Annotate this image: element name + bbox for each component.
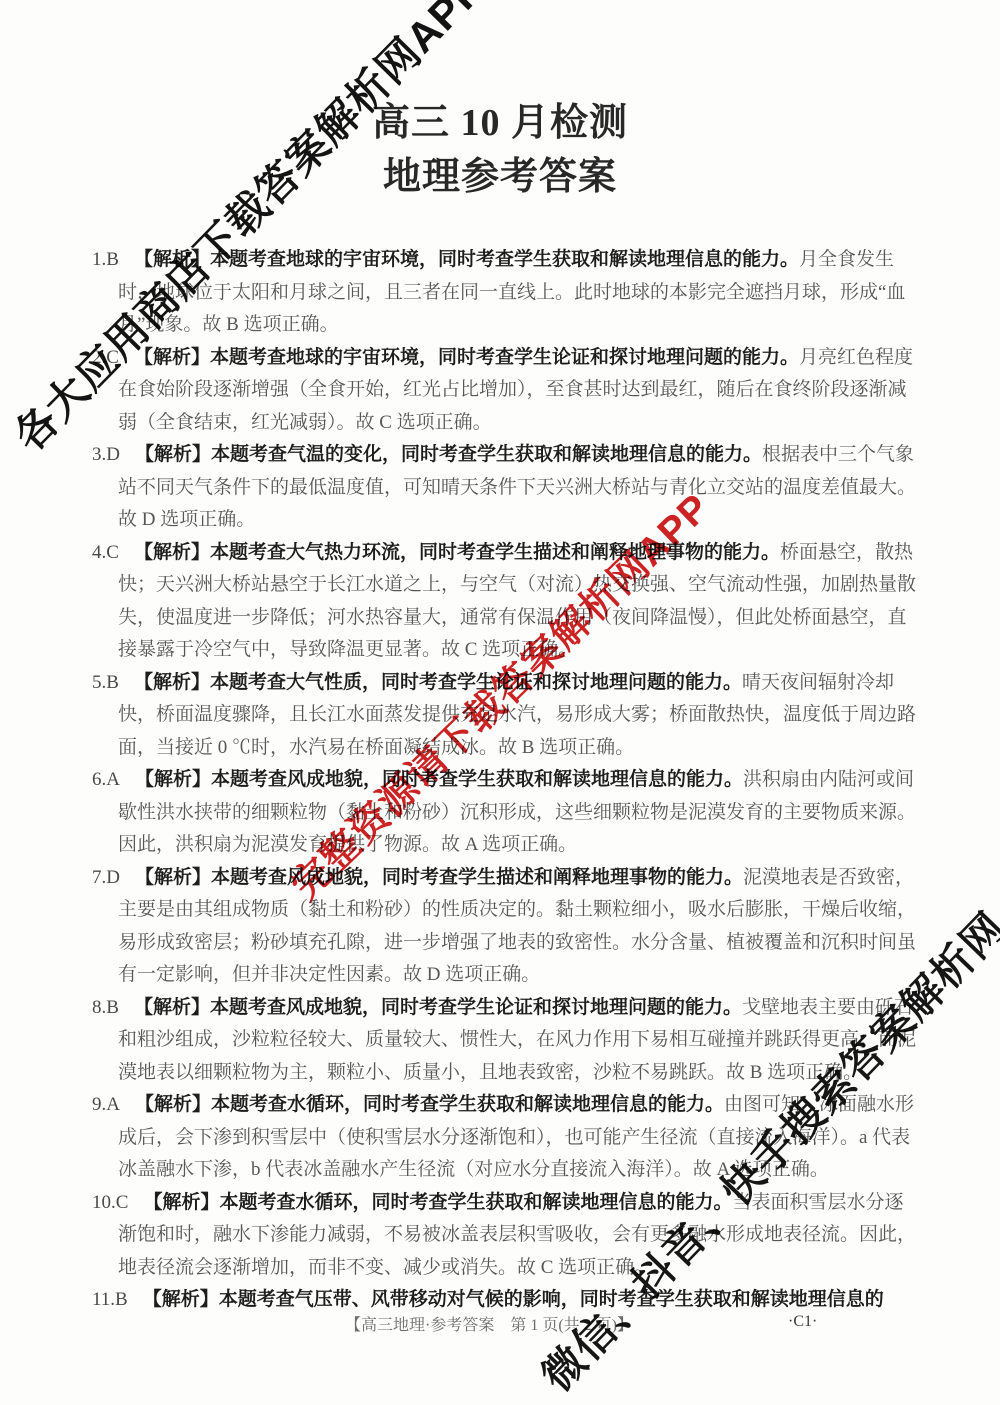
answer-number: 4.C (92, 542, 119, 563)
explanation-lead: 【解析】本题考查大气热力环流，同时考查学生描述和阐释地理事物的能力。 (134, 542, 780, 563)
answer-item-4: 4.C【解析】本题考查大气热力环流，同时考查学生描述和阐释地理事物的能力。桥面悬… (92, 537, 922, 667)
answer-item-5: 5.B【解析】本题考查大气性质，同时考查学生论证和探讨地理问题的能力。晴天夜间辐… (92, 667, 922, 765)
answer-item-8: 8.B【解析】本题考查风成地貌，同时考查学生论证和探讨地理问题的能力。戈壁地表主… (92, 992, 922, 1090)
answer-item-7: 7.D【解析】本题考查风成地貌，同时考查学生描述和阐释地理事物的能力。泥漠地表是… (92, 862, 922, 992)
explanation-lead: 【解析】本题考查风成地貌，同时考查学生描述和阐释地理事物的能力。 (135, 867, 743, 888)
answer-list: 1.B【解析】本题考查地球的宇宙环境，同时考查学生获取和解读地理信息的能力。月全… (92, 244, 922, 1317)
paper-code: ·C1· (788, 1313, 817, 1331)
answer-number: 11.B (92, 1289, 128, 1310)
answer-number: 8.B (92, 997, 119, 1018)
answer-item-6: 6.A【解析】本题考查风成地貌，同时考查学生获取和解读地理信息的能力。洪积扇由内… (92, 764, 922, 862)
answer-number: 3.D (92, 444, 120, 465)
explanation-lead: 【解析】本题考查风成地貌，同时考查学生获取和解读地理信息的能力。 (135, 769, 743, 790)
explanation-lead: 【解析】本题考查地球的宇宙环境，同时考查学生获取和解读地理信息的能力。 (134, 249, 799, 270)
explanation-lead: 【解析】本题考查大气性质，同时考查学生论证和探讨地理问题的能力。 (134, 672, 742, 693)
answer-number: 6.A (92, 769, 120, 790)
page-footer: 【高三地理·参考答案 第 1 页(共 2 页)】 (345, 1312, 633, 1335)
document-title: 高三 10 月检测 地理参考答案 (0, 96, 1000, 204)
explanation-lead: 【解析】本题考查气温的变化，同时考查学生获取和解读地理信息的能力。 (135, 444, 762, 465)
answer-number: 1.B (92, 249, 119, 270)
answer-item-3: 3.D【解析】本题考查气温的变化，同时考查学生获取和解读地理信息的能力。根据表中… (92, 439, 922, 537)
explanation-lead: 【解析】本题考查地球的宇宙环境，同时考查学生论证和探讨地理问题的能力。 (134, 347, 799, 368)
answer-number: 2.C (92, 347, 119, 368)
answer-item-9: 9.A【解析】本题考查水循环，同时考查学生获取和解读地理信息的能力。由图可知，冰… (92, 1089, 922, 1187)
explanation-lead: 【解析】本题考查水循环，同时考查学生获取和解读地理信息的能力。 (135, 1094, 724, 1115)
explanation-lead: 【解析】本题考查气压带、风带移动对气候的影响，同时考查学生获取和解读地理信息的 (143, 1289, 884, 1310)
answer-item-2: 2.C【解析】本题考查地球的宇宙环境，同时考查学生论证和探讨地理问题的能力。月亮… (92, 342, 922, 440)
answer-item-10: 10.C【解析】本题考查水循环，同时考查学生获取和解读地理信息的能力。当表面积雪… (92, 1187, 922, 1285)
answer-item-1: 1.B【解析】本题考查地球的宇宙环境，同时考查学生获取和解读地理信息的能力。月全… (92, 244, 922, 342)
answer-number: 7.D (92, 867, 120, 888)
title-exam-name: 高三 10 月检测 (0, 96, 1000, 150)
answer-number: 5.B (92, 672, 119, 693)
title-subject: 地理参考答案 (0, 150, 1000, 204)
answer-number: 10.C (92, 1192, 128, 1213)
explanation-lead: 【解析】本题考查水循环，同时考查学生获取和解读地理信息的能力。 (143, 1192, 732, 1213)
explanation-lead: 【解析】本题考查风成地貌，同时考查学生论证和探讨地理问题的能力。 (134, 997, 742, 1018)
answer-number: 9.A (92, 1094, 120, 1115)
scanned-answer-page: 高三 10 月检测 地理参考答案 1.B【解析】本题考查地球的宇宙环境，同时考查… (0, 0, 1000, 1405)
